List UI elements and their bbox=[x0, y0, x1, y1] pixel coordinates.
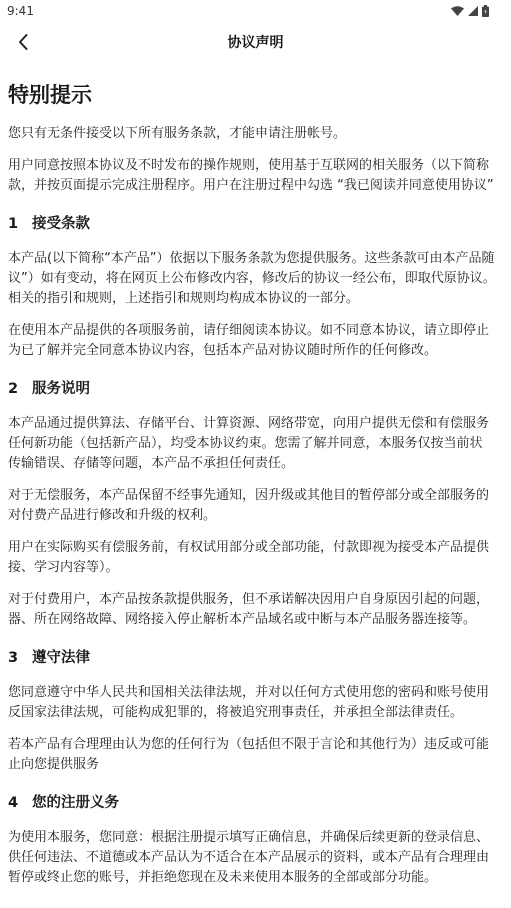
paragraph-line: 在使用本产品提供的各项服务前，请仔细阅读本协议。如不同意本协议，请立即停止 bbox=[8, 321, 511, 341]
section-title: 服务说明 bbox=[32, 379, 90, 399]
section-heading: 1接受条款 bbox=[8, 214, 511, 234]
status-icons bbox=[451, 5, 489, 17]
paragraph-line: 对于无偿服务，本产品保留不经事先通知，因升级或其他目的暂停部分或全部服务的 bbox=[8, 486, 511, 506]
paragraph-line: 对于付费用户，本产品按条款提供服务，但不承诺解决因用户自身原因引起的问题， bbox=[8, 590, 511, 610]
paragraph-line: 款，并按页面提示完成注册程序。用户在注册过程中勾选 “我已阅读并同意使用协议” bbox=[8, 176, 511, 196]
section-heading: 3遵守法律 bbox=[8, 648, 511, 668]
paragraph-line: 相关的指引和规则，上述指引和规则均构成本协议的一部分。 bbox=[8, 289, 511, 309]
section-number: 1 bbox=[8, 214, 32, 234]
section-number: 3 bbox=[8, 648, 32, 668]
paragraph: 在使用本产品提供的各项服务前，请仔细阅读本协议。如不同意本协议，请立即停止为已了… bbox=[8, 321, 511, 361]
navigation-bar: 协议声明 bbox=[0, 22, 511, 62]
section-heading: 2服务说明 bbox=[8, 379, 511, 399]
paragraph: 若本产品有合理理由认为您的任何行为（包括但不限于言论和其他行为）违反或可能止向您… bbox=[8, 735, 511, 775]
paragraph: 本产品通过提供算法、存储平台、计算资源、网络带宽，向用户提供无偿和有偿服务任何新… bbox=[8, 414, 511, 474]
back-button[interactable] bbox=[10, 28, 36, 56]
section-number: 2 bbox=[8, 379, 32, 399]
status-bar: 9:41 bbox=[0, 0, 511, 22]
section-number: 4 bbox=[8, 793, 32, 813]
cellular-signal-icon bbox=[468, 6, 478, 16]
paragraph-line: 您同意遵守中华人民共和国相关法律法规，并对以任何方式使用您的密码和账号使用 bbox=[8, 683, 511, 703]
paragraph-line: 对付费产品进行修改和升级的权利。 bbox=[8, 506, 511, 526]
paragraph: 对于付费用户，本产品按条款提供服务，但不承诺解决因用户自身原因引起的问题，器、所… bbox=[8, 590, 511, 630]
main-heading: 特别提示 bbox=[8, 80, 511, 110]
intro-section: 您只有无条件接受以下所有服务条款，才能申请注册帐号。用户同意按照本协议及不时发布… bbox=[8, 124, 511, 196]
paragraph-line: 任何新功能（包括新产品），均受本协议约束。您需了解并同意，本服务仅按当前状 bbox=[8, 434, 511, 454]
page-title: 协议声明 bbox=[228, 32, 284, 52]
paragraph-line: 用户同意按照本协议及不时发布的操作规则，使用基于互联网的相关服务（以下简称 bbox=[8, 156, 511, 176]
sections-container: 1接受条款本产品(以下简称“本产品”）依据以下服务条款为您提供服务。这些条款可由… bbox=[8, 214, 511, 888]
section-title: 接受条款 bbox=[32, 214, 90, 234]
paragraph-line: 您只有无条件接受以下所有服务条款，才能申请注册帐号。 bbox=[8, 124, 511, 144]
paragraph: 您同意遵守中华人民共和国相关法律法规，并对以任何方式使用您的密码和账号使用反国家… bbox=[8, 683, 511, 723]
paragraph-line: 器、所在网络故障、网络接入停止解析本产品域名或中断与本产品服务器连接等。 bbox=[8, 610, 511, 630]
paragraph-line: 为使用本服务，您同意：根据注册提示填写正确信息，并确保后续更新的登录信息、 bbox=[8, 828, 511, 848]
section-heading: 4您的注册义务 bbox=[8, 793, 511, 813]
wifi-icon bbox=[451, 6, 464, 16]
status-time: 9:41 bbox=[7, 4, 34, 18]
paragraph-line: 暂停或终止您的账号，并拒绝您现在及未来使用本服务的全部或部分功能。 bbox=[8, 868, 511, 888]
paragraph: 用户在实际购买有偿服务前，有权试用部分或全部功能，付款即视为接受本产品提供接、学… bbox=[8, 538, 511, 578]
paragraph-line: 为已了解并完全同意本协议内容，包括本产品对协议随时所作的任何修改。 bbox=[8, 341, 511, 361]
paragraph: 本产品(以下简称“本产品”）依据以下服务条款为您提供服务。这些条款可由本产品随议… bbox=[8, 249, 511, 309]
paragraph-line: 本产品(以下简称“本产品”）依据以下服务条款为您提供服务。这些条款可由本产品随 bbox=[8, 249, 511, 269]
paragraph: 用户同意按照本协议及不时发布的操作规则，使用基于互联网的相关服务（以下简称款，并… bbox=[8, 156, 511, 196]
paragraph-line: 止向您提供服务 bbox=[8, 755, 511, 775]
paragraph-line: 接、学习内容等）。 bbox=[8, 558, 511, 578]
paragraph-line: 供任何违法、不道德或本产品认为不适合在本产品展示的资料，或本产品有合理理由 bbox=[8, 848, 511, 868]
paragraph-line: 用户在实际购买有偿服务前，有权试用部分或全部功能，付款即视为接受本产品提供 bbox=[8, 538, 511, 558]
paragraph-line: 若本产品有合理理由认为您的任何行为（包括但不限于言论和其他行为）违反或可能 bbox=[8, 735, 511, 755]
chevron-left-icon bbox=[17, 33, 29, 51]
agreement-content[interactable]: 特别提示 您只有无条件接受以下所有服务条款，才能申请注册帐号。用户同意按照本协议… bbox=[8, 62, 511, 900]
paragraph-line: 反国家法律法规，可能构成犯罪的，将被追究刑事责任，并承担全部法律责任。 bbox=[8, 703, 511, 723]
section-title: 遵守法律 bbox=[32, 648, 90, 668]
paragraph: 为使用本服务，您同意：根据注册提示填写正确信息，并确保后续更新的登录信息、供任何… bbox=[8, 828, 511, 888]
paragraph-line: 本产品通过提供算法、存储平台、计算资源、网络带宽，向用户提供无偿和有偿服务 bbox=[8, 414, 511, 434]
paragraph: 您只有无条件接受以下所有服务条款，才能申请注册帐号。 bbox=[8, 124, 511, 144]
paragraph-line: 传输错误、存储等问题，本产品不承担任何责任。 bbox=[8, 454, 511, 474]
paragraph-line: 议”）如有变动，将在网页上公布修改内容，修改后的协议一经公布，即取代原协议。 bbox=[8, 269, 511, 289]
paragraph: 对于无偿服务，本产品保留不经事先通知，因升级或其他目的暂停部分或全部服务的对付费… bbox=[8, 486, 511, 526]
section-title: 您的注册义务 bbox=[32, 793, 119, 813]
battery-icon bbox=[482, 5, 489, 17]
